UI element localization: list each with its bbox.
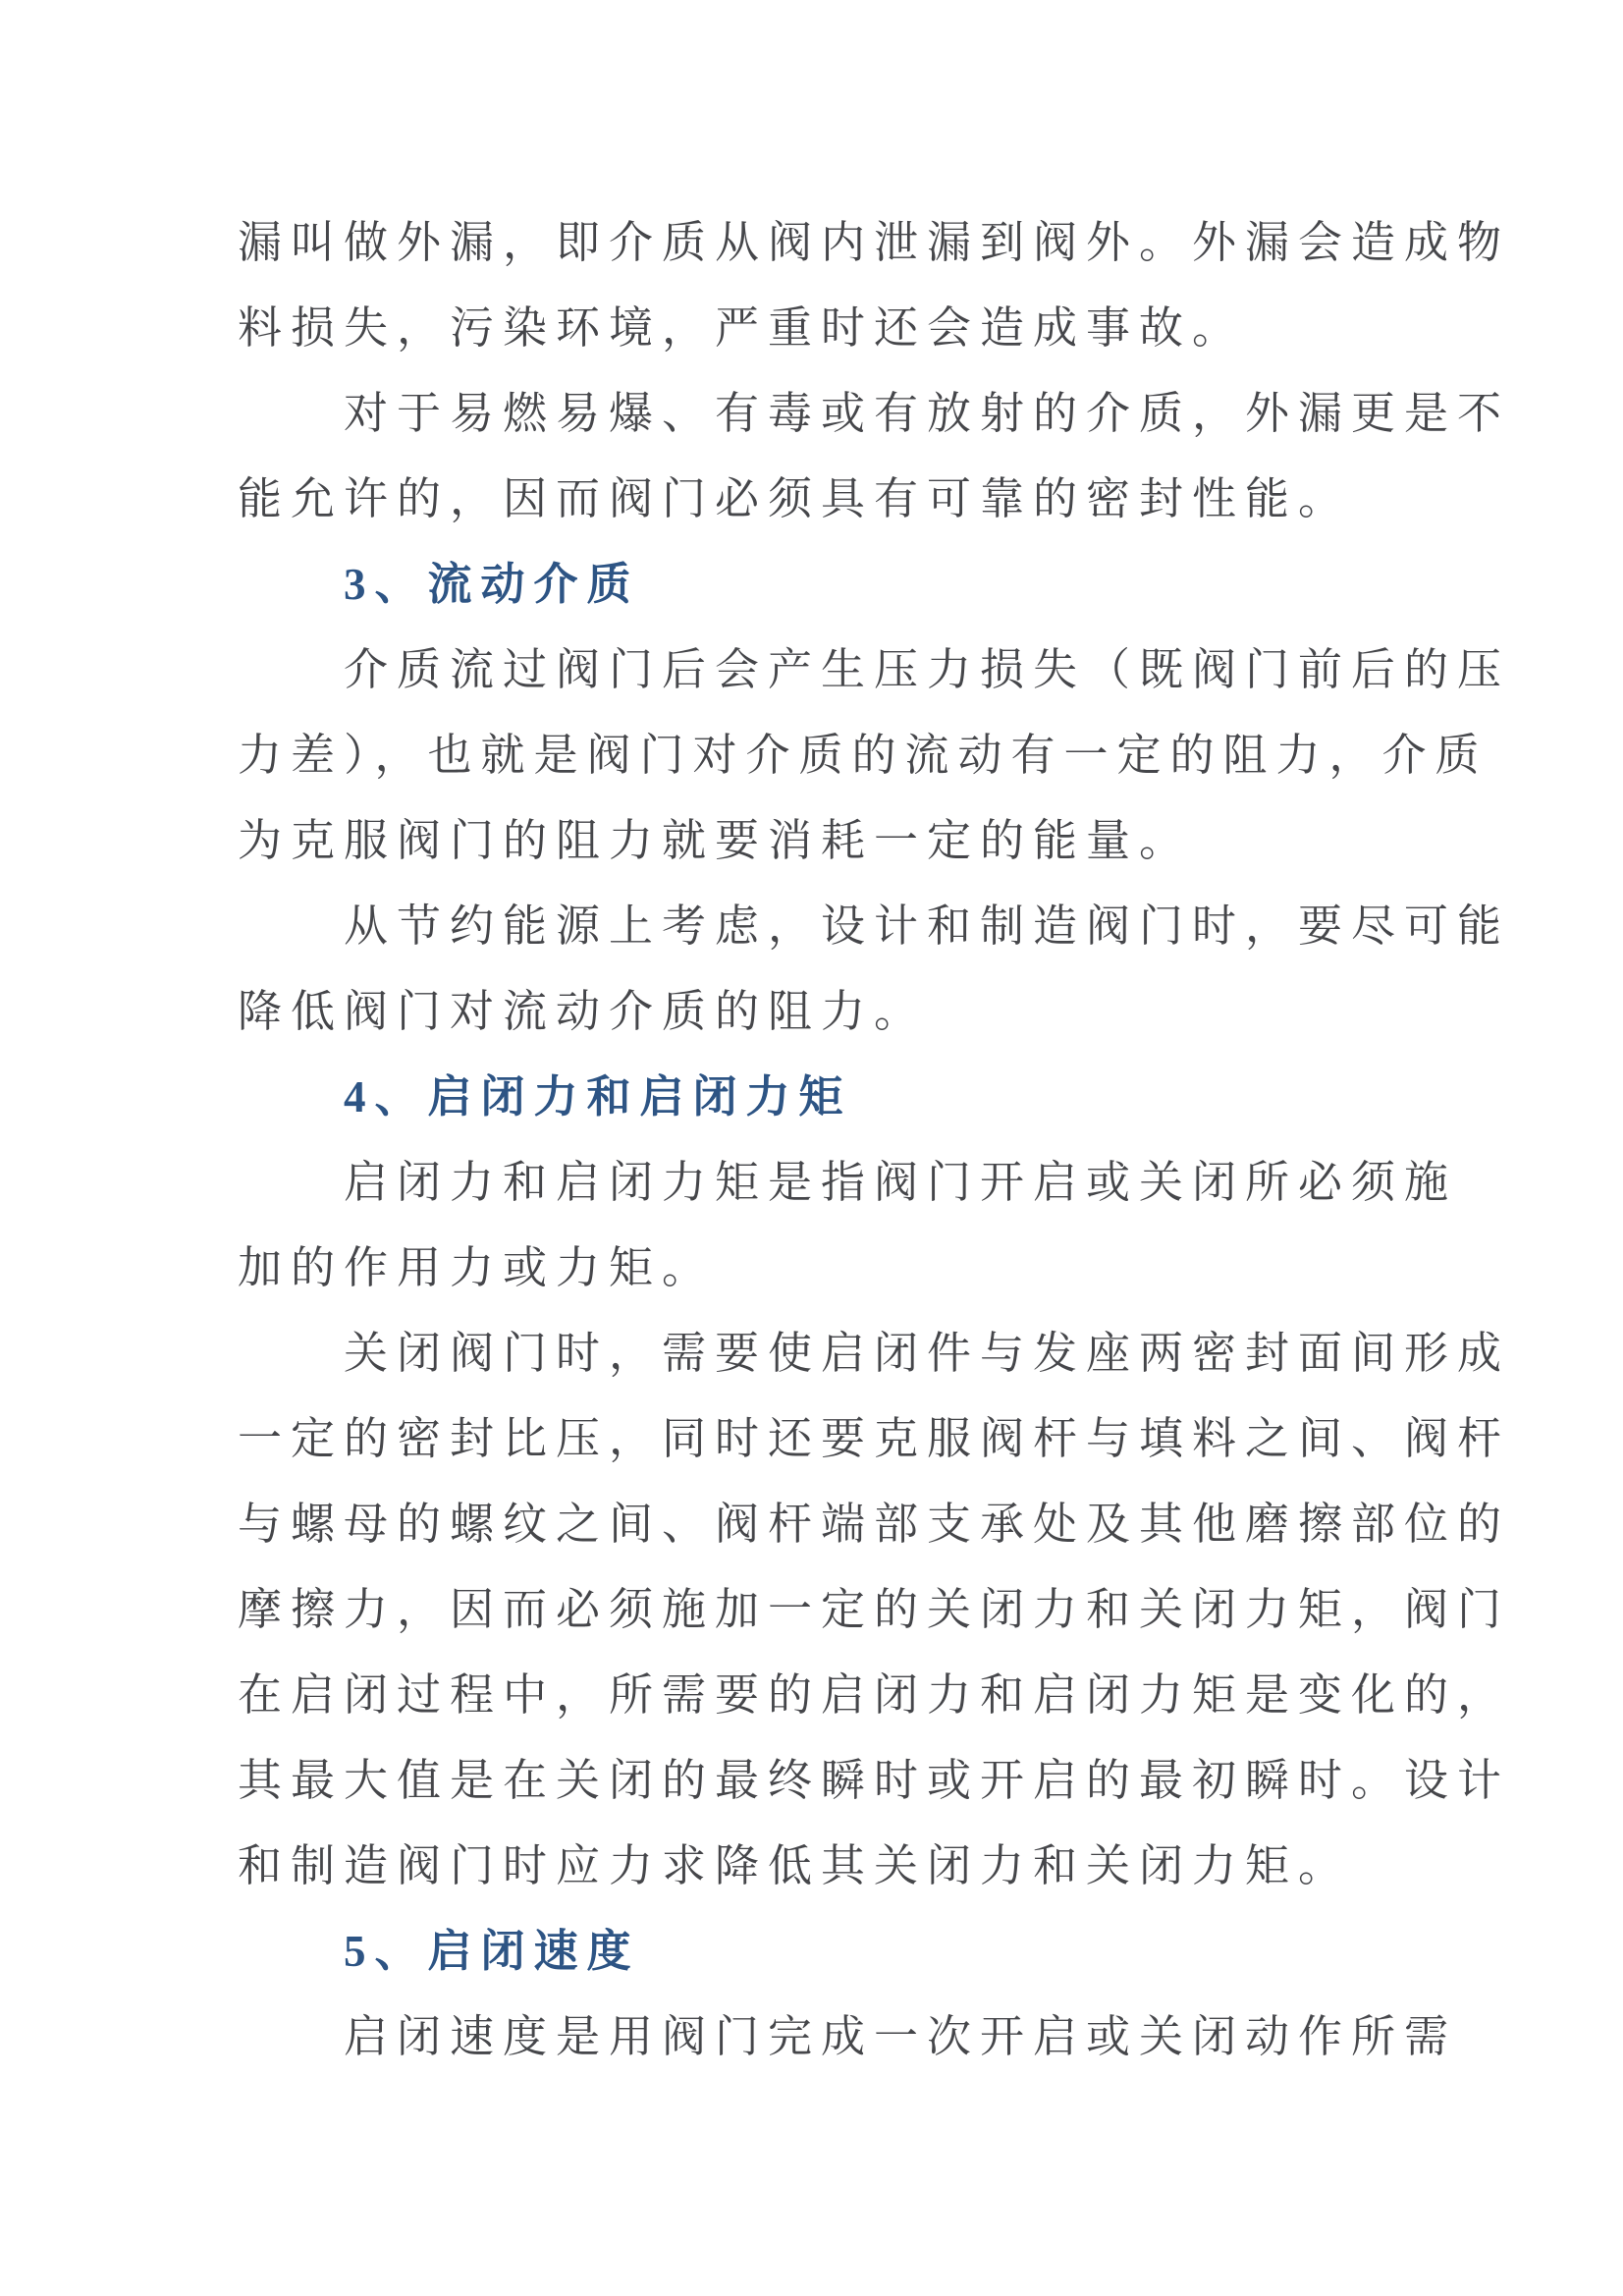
text-line: 从节约能源上考虑，设计和制造阀门时，要尽可能 <box>238 884 1475 969</box>
text-line: 和制造阀门时应力求降低其关闭力和关闭力矩。 <box>238 1824 1475 1909</box>
text-line: 与螺母的螺纹之间、阀杆端部支承处及其他磨擦部位的 <box>238 1482 1475 1567</box>
text-line: 能允许的，因而阀门必须具有可靠的密封性能。 <box>238 457 1475 542</box>
text-line: 加的作用力或力矩。 <box>238 1226 1475 1311</box>
text-line: 其最大值是在关闭的最终瞬时或开启的最初瞬时。设计 <box>238 1738 1475 1824</box>
section-heading-opening-closing-force: 4、启闭力和启闭力矩 <box>238 1055 1475 1140</box>
text-line: 为克服阀门的阻力就要消耗一定的能量。 <box>238 798 1475 884</box>
text-line: 启闭力和启闭力矩是指阀门开启或关闭所必须施 <box>238 1140 1475 1226</box>
text-line: 介质流过阀门后会产生压力损失（既阀门前后的压 <box>238 628 1475 713</box>
text-line: 力差），也就是阀门对介质的流动有一定的阻力，介质 <box>238 713 1475 798</box>
text-line: 降低阀门对流动介质的阻力。 <box>238 969 1475 1055</box>
text-line: 料损失，污染环境，严重时还会造成事故。 <box>238 286 1475 371</box>
text-line: 一定的密封比压，同时还要克服阀杆与填料之间、阀杆 <box>238 1396 1475 1482</box>
text-line: 对于易燃易爆、有毒或有放射的介质，外漏更是不 <box>238 371 1475 457</box>
text-line: 启闭速度是用阀门完成一次开启或关闭动作所需 <box>238 1995 1475 2080</box>
text-line: 漏叫做外漏，即介质从阀内泄漏到阀外。外漏会造成物 <box>238 200 1475 286</box>
text-line: 摩擦力，因而必须施加一定的关闭力和关闭力矩，阀门 <box>238 1567 1475 1653</box>
section-heading-opening-closing-speed: 5、启闭速度 <box>238 1909 1475 1995</box>
text-line: 在启闭过程中，所需要的启闭力和启闭力矩是变化的， <box>238 1653 1475 1738</box>
text-line: 关闭阀门时，需要使启闭件与发座两密封面间形成 <box>238 1311 1475 1396</box>
document-page: 漏叫做外漏，即介质从阀内泄漏到阀外。外漏会造成物 料损失，污染环境，严重时还会造… <box>238 200 1475 2080</box>
section-heading-flow-medium: 3、流动介质 <box>238 542 1475 628</box>
